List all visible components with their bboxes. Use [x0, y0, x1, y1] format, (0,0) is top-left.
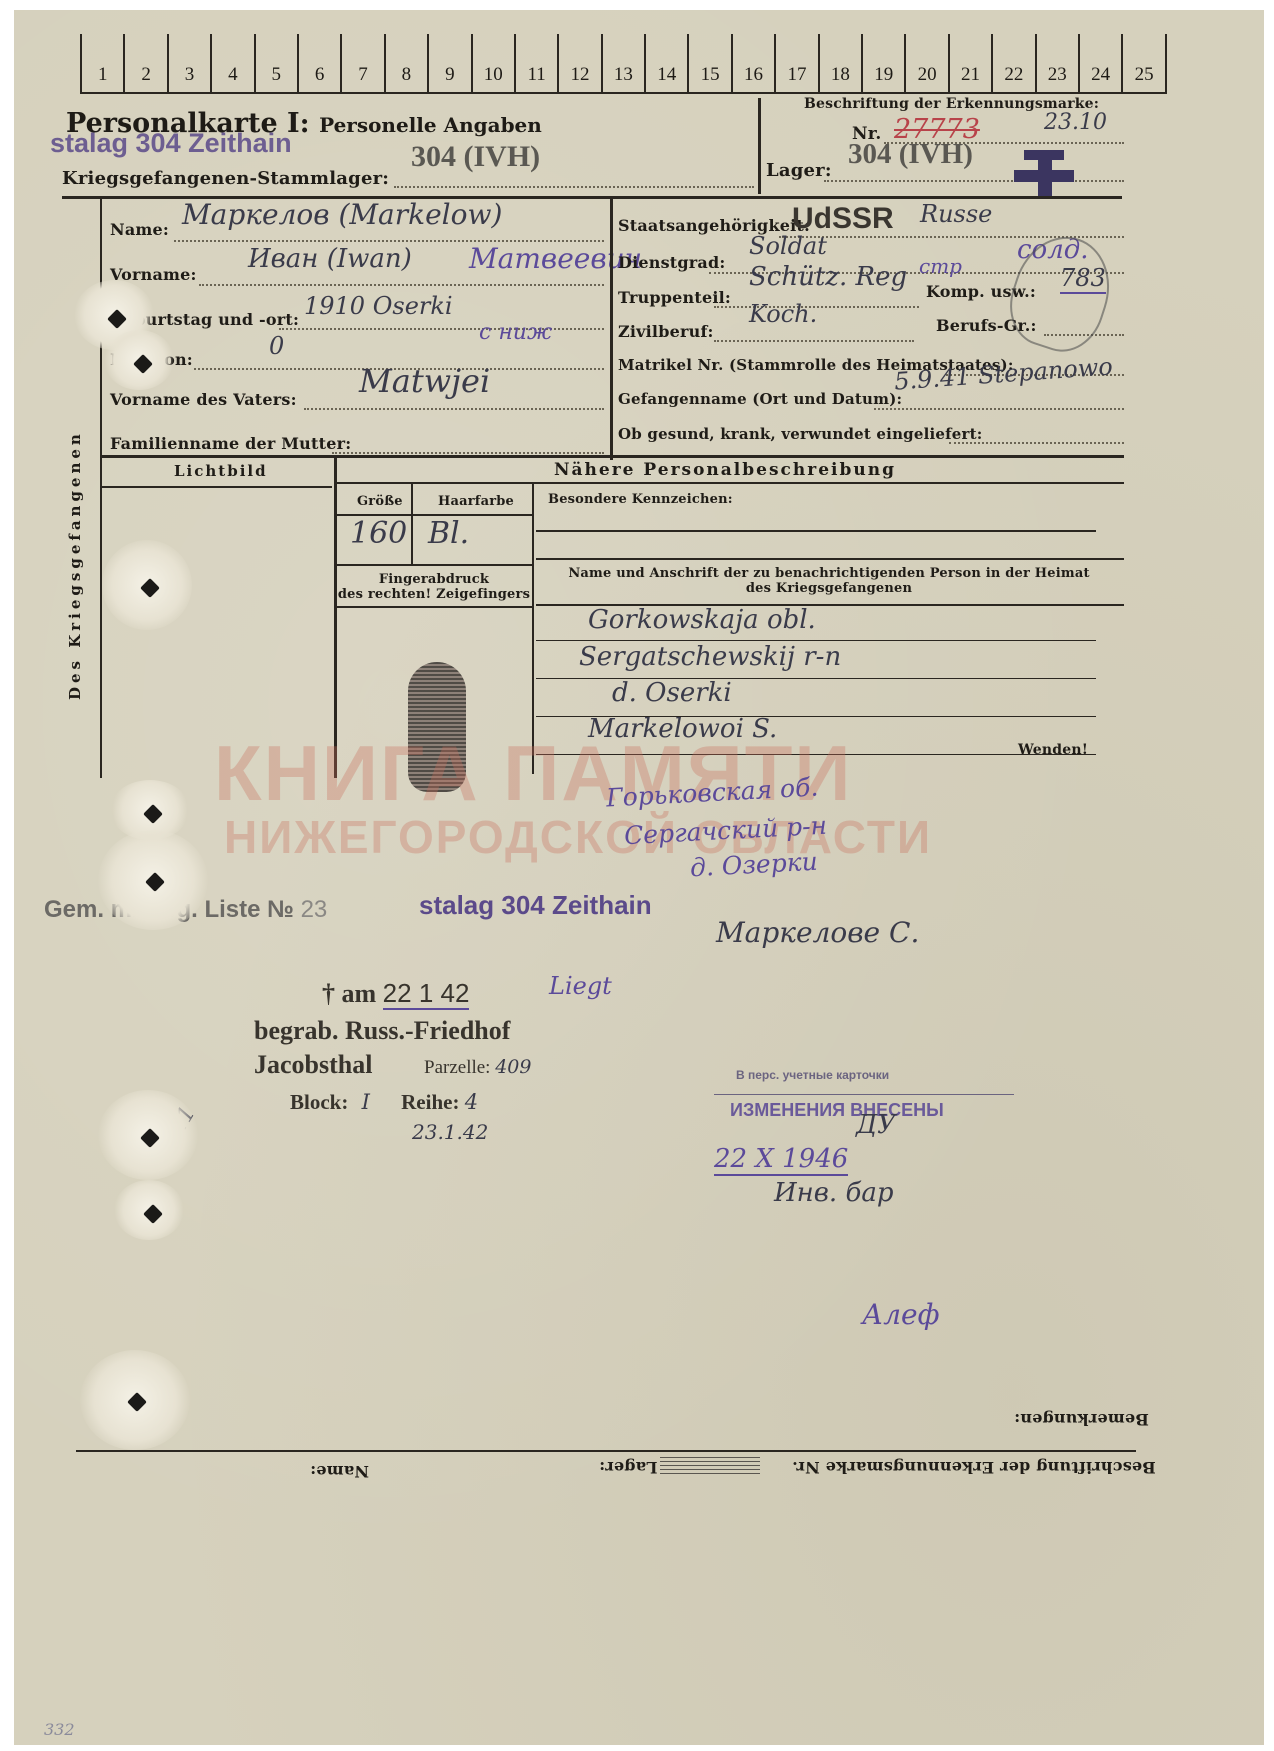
corner-note: 332: [44, 1720, 75, 1739]
zivilberuf-line: [714, 340, 914, 342]
vorname-line: [199, 284, 604, 286]
section-title: Nähere Personalbeschreibung: [554, 460, 896, 480]
ruler-cell: 7: [342, 34, 385, 92]
soviet-signature-3: Алеф: [862, 1298, 940, 1331]
ruler-cell: 9: [429, 34, 472, 92]
groesse-label: Größe: [357, 494, 403, 509]
ruler-cell: 14: [646, 34, 689, 92]
header-divider: [758, 98, 761, 194]
ruler-cell: 3: [169, 34, 212, 92]
mutter-line: [332, 452, 604, 454]
rule: [714, 1094, 1014, 1095]
soviet-signature-1: ДУ: [856, 1110, 896, 1140]
death-date: 22 1 42: [383, 978, 470, 1010]
death-line-2: begrab. Russ.-Friedhof: [254, 1016, 510, 1046]
haarfarbe-label: Haarfarbe: [438, 494, 514, 509]
death-date-note: Liegt: [549, 972, 612, 1000]
ruler-cell: 2: [125, 34, 168, 92]
ruler-cell: 17: [776, 34, 819, 92]
parzelle-value: 409: [495, 1056, 531, 1078]
rule: [536, 640, 1096, 641]
rule: [536, 530, 1096, 532]
ruler-cell: 10: [473, 34, 516, 92]
cross-stamp-icon: [1014, 150, 1074, 198]
stammlager-label: Kriegsgefangenen-Stammlager:: [62, 168, 389, 189]
geburt-value: 1910 Oserki: [304, 292, 453, 320]
name-label: Name:: [110, 220, 169, 239]
kontakt-line-2: Sergatschewskij r-n: [579, 642, 841, 672]
dienstgrad-label: Dienstgrad:: [618, 253, 725, 272]
kontakt-label: Name und Anschrift der zu benachrichtige…: [534, 566, 1124, 596]
ruler-cell: 15: [689, 34, 732, 92]
religion-value: 0: [269, 332, 284, 360]
staat-value: UdSSR: [792, 202, 894, 236]
name-value: Маркелов (Markelow): [182, 198, 502, 231]
ruler-cell: 21: [950, 34, 993, 92]
soviet-date: 22 X 1946: [714, 1144, 848, 1176]
vorname-patronymic: Матвеевич: [469, 242, 642, 275]
ruler-cell: 20: [906, 34, 949, 92]
stammlager-value: 304 (IVH): [411, 140, 540, 174]
back-hatch: [660, 1456, 760, 1474]
back-beschriftung: Beschriftung der Erkennungsmarke Nr.: [792, 1458, 1156, 1477]
punch-hole: [114, 1180, 184, 1240]
reihe-value: 4: [465, 1090, 478, 1114]
soviet-signature-2: Инв. бар: [774, 1178, 893, 1208]
death-place: Jacobsthal: [254, 1050, 372, 1080]
rule: [610, 198, 613, 460]
ruler-cell: 22: [993, 34, 1036, 92]
soviet-stamp-line-1: В перс. учетные карточки: [736, 1068, 889, 1082]
wenden-label: Wenden!: [1018, 742, 1088, 758]
ruler-cell: 6: [299, 34, 342, 92]
side-label: Des Kriegsgefangenen: [66, 430, 84, 700]
ruler-cell: 16: [733, 34, 776, 92]
lichtbild-label: Lichtbild: [174, 462, 268, 480]
rule: [102, 455, 1124, 458]
geburt-extra: с ниж: [479, 320, 552, 345]
punch-hole: [102, 540, 192, 630]
punch-hole: [98, 830, 208, 930]
personal-card: 1234567891011121314151617181920212223242…: [14, 10, 1264, 1745]
rule: [76, 1450, 1136, 1452]
back-lager: Lager:: [599, 1458, 658, 1477]
dienstgrad-value: Soldat: [749, 232, 827, 260]
block-reihe: Block: I Reihe: 4: [290, 1090, 478, 1115]
ru-address-line-3: д. Озерки: [689, 847, 818, 883]
gefangen-label: Gefangenname (Ort und Datum):: [618, 390, 902, 408]
zivilberuf-label: Zivilberuf:: [618, 322, 714, 341]
kontakt-line-1: Gorkowskaja obl.: [588, 605, 816, 635]
ruler-cell: 1: [82, 34, 125, 92]
truppenteil-label: Truppenteil:: [618, 288, 731, 307]
rule: [336, 606, 532, 608]
cross-icon: †: [322, 979, 335, 1008]
ru-name: Маркелове С.: [716, 916, 919, 949]
rule: [102, 486, 332, 488]
vater-line: [304, 408, 604, 410]
vorname-value: Иван (Iwan): [248, 244, 412, 274]
ruler-cell: 5: [256, 34, 299, 92]
abg-stalag: stalag 304 Zeithain: [419, 890, 652, 921]
rule: [336, 564, 532, 566]
vater-label: Vorname des Vaters:: [110, 390, 297, 409]
kennzeichen-label: Besondere Kennzeichen:: [548, 492, 733, 507]
punch-hole: [104, 330, 174, 390]
geburt-line: [279, 328, 604, 330]
punch-hole: [80, 1350, 190, 1450]
parzelle: Parzelle: 409: [424, 1056, 531, 1079]
ruler-cell: 25: [1123, 34, 1166, 92]
ruler-cell: 18: [820, 34, 863, 92]
card-subtitle: Personelle Angaben: [319, 113, 542, 137]
lager-line: [824, 180, 1124, 182]
nr-extra: 23.10: [1044, 110, 1107, 135]
back-bemerkungen: Bemerkungen:: [1014, 1410, 1149, 1429]
gesund-label: Ob gesund, krank, verwundet eingeliefert…: [618, 425, 983, 443]
ruler-cell: 12: [559, 34, 602, 92]
lager-value: 304 (IVH): [848, 138, 973, 171]
truppenteil-extra: стр: [919, 254, 962, 278]
death-line-1: † am 22 1 42: [322, 978, 469, 1009]
stammlager-line: [394, 186, 754, 188]
rule: [411, 484, 413, 564]
watermark-line-1: КНИГА ПАМЯТИ: [214, 728, 852, 819]
written-date: 23.1.42: [412, 1120, 488, 1144]
kontakt-line-3: d. Oserki: [612, 678, 732, 708]
staat-extra: Russe: [920, 200, 992, 228]
haarfarbe-value: Bl.: [428, 516, 469, 551]
ruler-cell: 11: [516, 34, 559, 92]
ruler-cell: 13: [603, 34, 646, 92]
soviet-stamp-line-2: ИЗМЕНЕНИЯ ВНЕСЕНЫ: [730, 1100, 944, 1121]
lager-label: Lager:: [766, 160, 832, 181]
mutter-label: Familienname der Mutter:: [110, 434, 351, 453]
ruler-cell: 4: [212, 34, 255, 92]
ruler-cell: 8: [386, 34, 429, 92]
finger-label: Fingerabdruck des rechten! Zeigefingers: [336, 572, 532, 602]
ruler-cell: 24: [1080, 34, 1123, 92]
ruler-cell: 23: [1037, 34, 1080, 92]
back-name: Name:: [310, 1462, 369, 1481]
ruler-cell: 19: [863, 34, 906, 92]
block-value: I: [362, 1090, 370, 1114]
abg-list-no: 23: [301, 896, 328, 923]
vater-value: Matwjei: [359, 362, 490, 400]
rule: [336, 482, 1124, 484]
number-ruler: 1234567891011121314151617181920212223242…: [80, 34, 1167, 94]
gesund-line: [949, 442, 1124, 444]
rule: [536, 558, 1124, 560]
groesse-value: 160: [350, 516, 407, 551]
stalag-stamp: stalag 304 Zeithain: [50, 128, 292, 159]
truppenteil-value: Schütz. Reg: [749, 262, 907, 292]
punch-hole: [98, 1090, 198, 1180]
gefangen-line: [874, 408, 1124, 410]
zivilberuf-value: Koch.: [749, 300, 817, 328]
